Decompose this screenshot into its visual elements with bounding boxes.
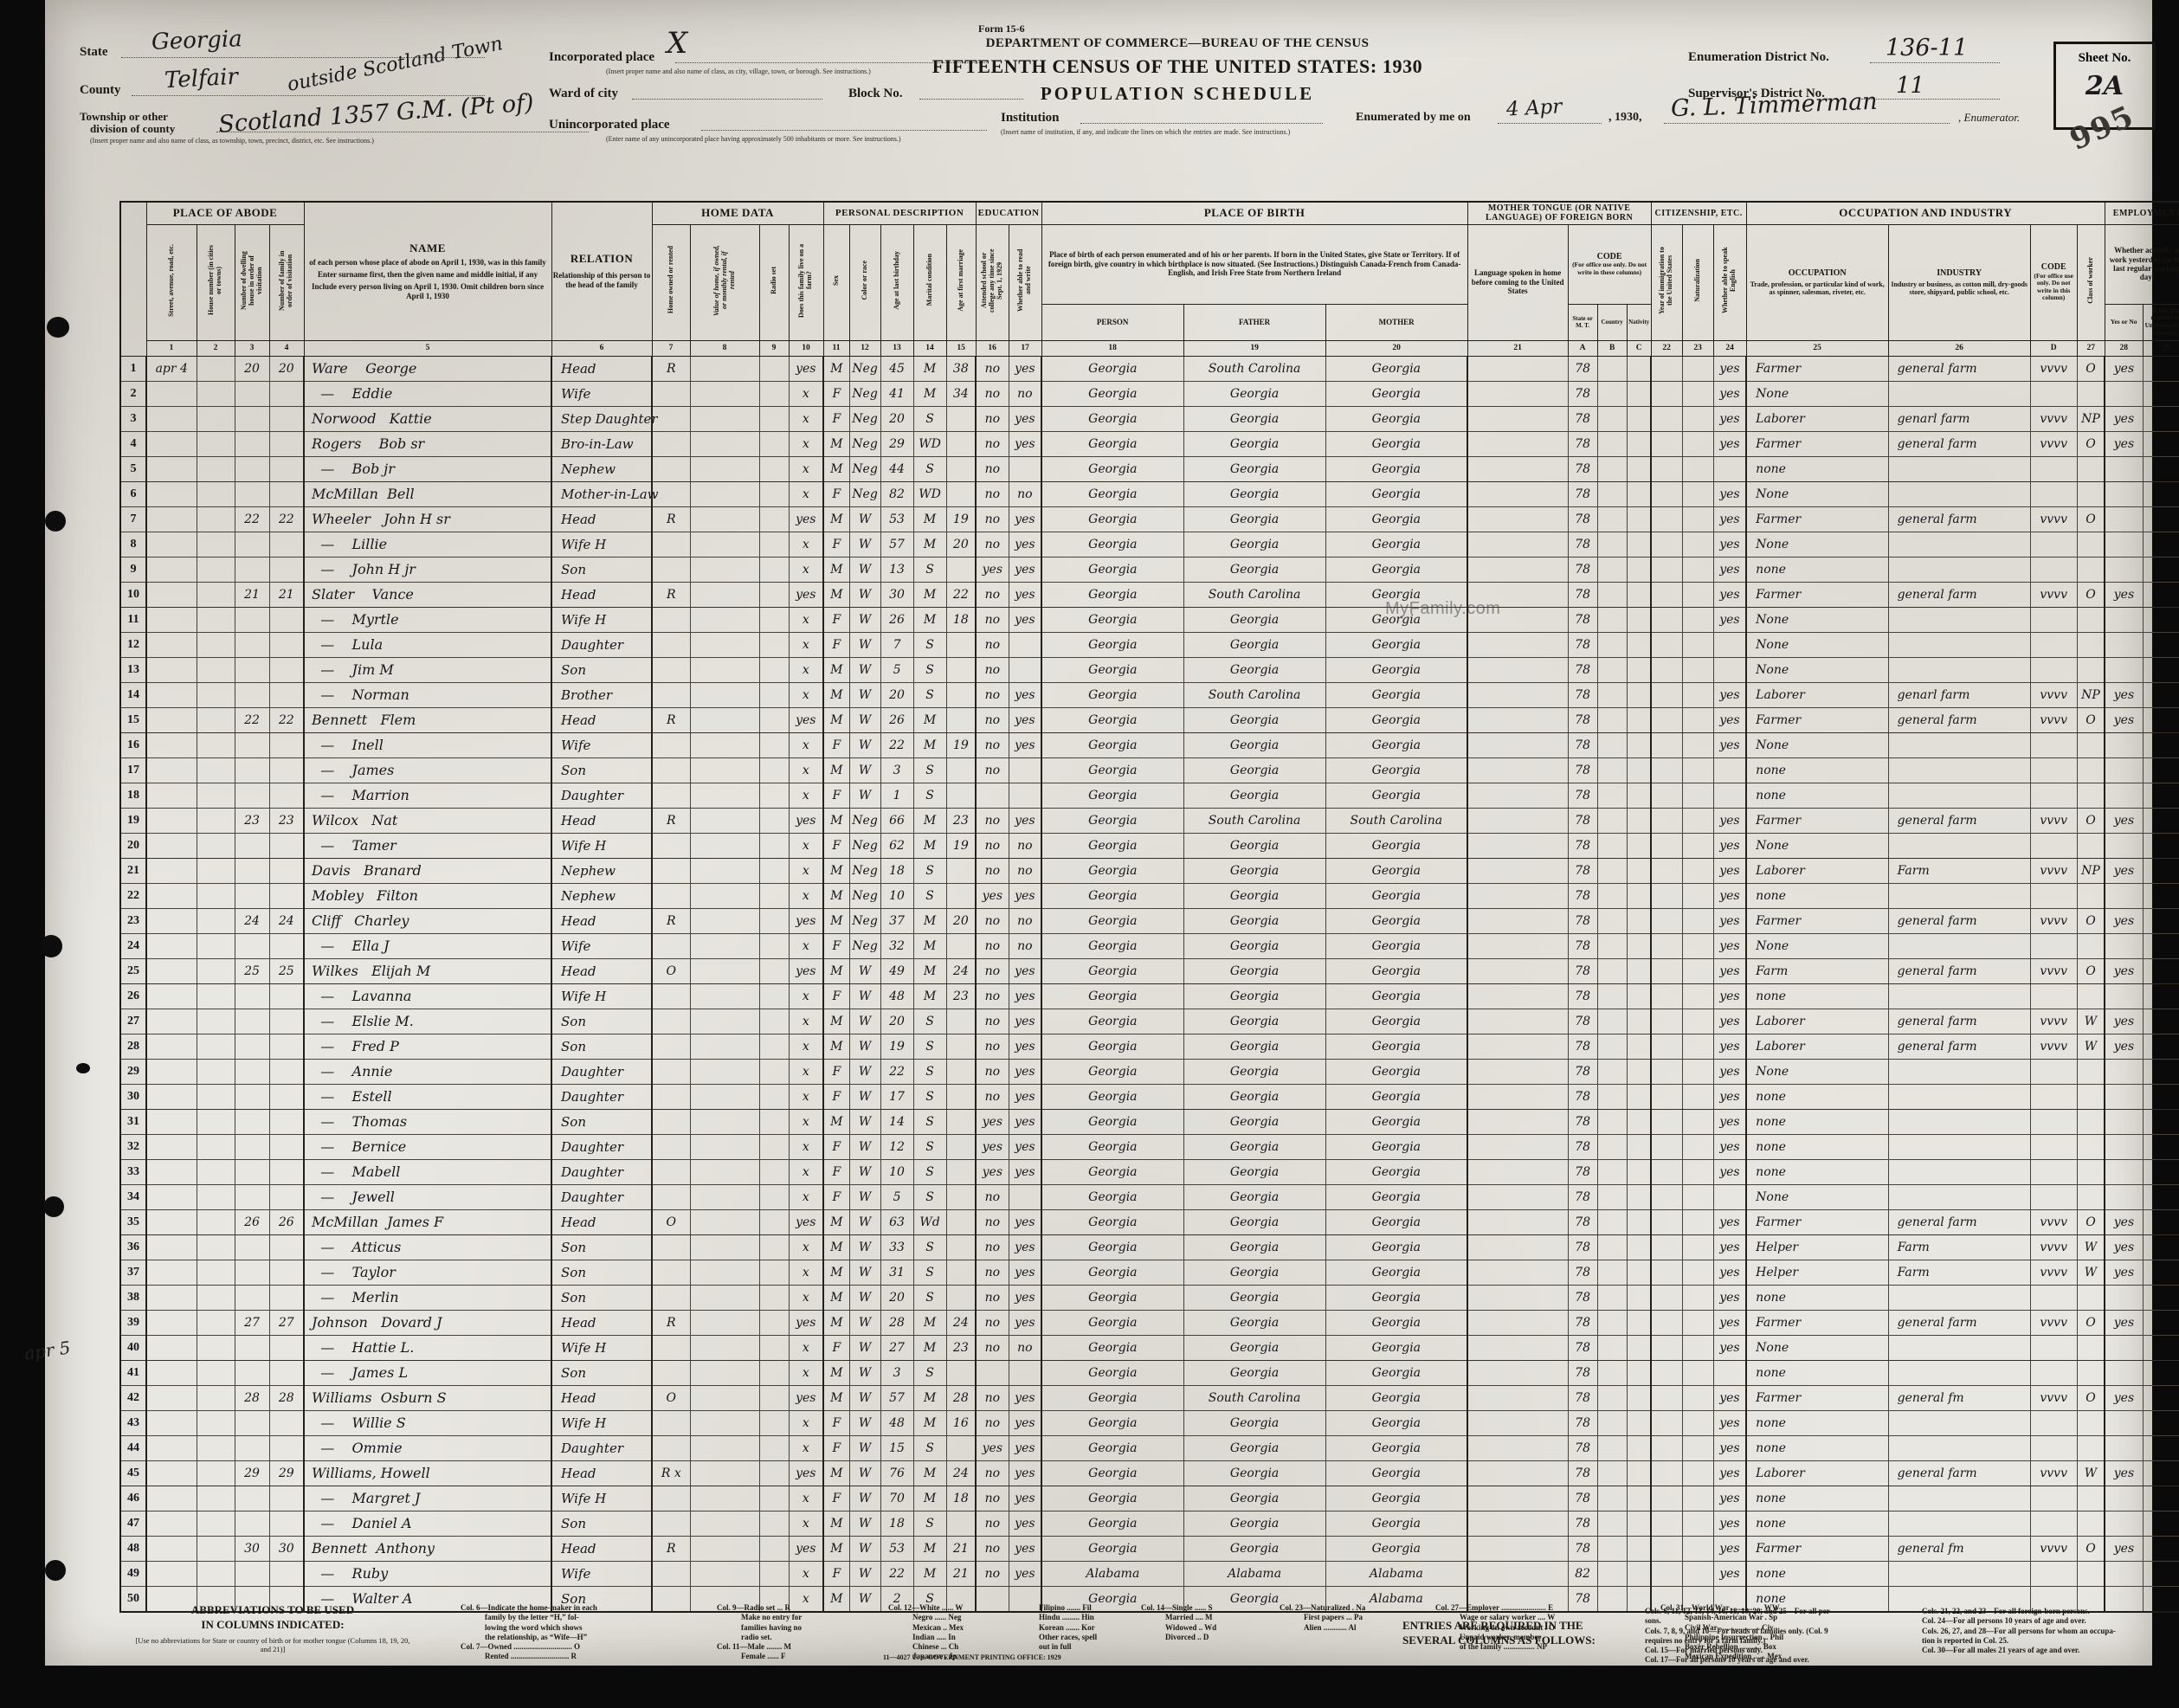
cell-wk: yes (2105, 908, 2143, 933)
cell-wk (2105, 1184, 2143, 1209)
cell-wk (2105, 506, 2143, 532)
cell-dw (235, 1134, 269, 1159)
cell-cd: vvvv (2030, 406, 2077, 431)
cell-ag: 53 (880, 1536, 913, 1561)
cell-bm: Georgia (1325, 582, 1467, 607)
cell-bm: Georgia (1325, 1511, 1467, 1536)
cell-bf: Georgia (1183, 1059, 1325, 1084)
cell-dw (235, 1034, 269, 1059)
cell-oc: None (1746, 833, 1888, 858)
cell-d (146, 1234, 197, 1260)
subcol-mother: MOTHER (1325, 304, 1467, 340)
cell-fm (269, 1034, 304, 1059)
cell-cls: W (2077, 1260, 2105, 1285)
cell-rl: Bro-in-Law (551, 431, 652, 456)
cell-rd (759, 632, 789, 657)
cell-sx: F (823, 1435, 849, 1460)
column-number: 11 (823, 340, 849, 356)
cell-ul (2143, 933, 2179, 958)
census-row: 34 — JewellDaughterxFW5SnoGeorgiaGeorgia… (120, 1184, 2179, 1209)
cell-cc (1627, 858, 1651, 883)
cell-bf: Georgia (1183, 1009, 1325, 1034)
legend-line: Cols. 26, 27, and 28—For all persons for… (1922, 1627, 2164, 1636)
column-number: A (1568, 340, 1597, 356)
enumerated-prefix: Enumerated by me on (1356, 111, 1471, 125)
cell-cls (2077, 1084, 2105, 1109)
cell-dw (235, 607, 269, 632)
line-col-header-left (120, 202, 146, 356)
line-number-left: 44 (120, 1435, 146, 1460)
cell-cc (1627, 908, 1651, 933)
cell-bp: Georgia (1041, 757, 1183, 783)
cell-ca: 78 (1568, 431, 1597, 456)
cell-nt (1682, 1410, 1713, 1435)
cell-ow (652, 732, 690, 757)
cell-fm (269, 732, 304, 757)
cell-lg (1467, 1360, 1568, 1385)
cell-bp: Georgia (1041, 1209, 1183, 1234)
cell-vl (690, 557, 759, 582)
cell-ow (652, 1184, 690, 1209)
cell-en: yes (1713, 506, 1746, 532)
cell-ow (652, 757, 690, 783)
cell-rw: yes (1009, 1134, 1041, 1159)
cell-am: 20 (946, 908, 976, 933)
cell-ag: 19 (880, 1034, 913, 1059)
legend-col6-7: Col. 6—Indicate the home-maker in eachfa… (461, 1603, 694, 1662)
cell-fa: x (789, 1335, 823, 1360)
ed-value-handwriting: 136-11 (1886, 35, 1968, 61)
cell-ow: R x (652, 1460, 690, 1486)
cell-fa: x (789, 1184, 823, 1209)
census-row: 20 — TamerWife HxFNeg62M19nonoGeorgiaGeo… (120, 833, 2179, 858)
cell-bp: Georgia (1041, 1410, 1183, 1435)
cell-rw (1009, 757, 1041, 783)
cell-rd (759, 1059, 789, 1084)
line-number-left: 16 (120, 732, 146, 757)
sheet-label: Sheet No. (2056, 51, 2153, 66)
cell-cd (2030, 933, 2077, 958)
cell-ind (1888, 1561, 2030, 1586)
cell-ow: O (652, 1209, 690, 1234)
cell-cr: W (849, 1084, 880, 1109)
cell-mc: M (913, 1486, 946, 1511)
cell-cc (1627, 808, 1651, 833)
incorporated-value-handwriting: X (667, 26, 687, 61)
cell-cr: W (849, 607, 880, 632)
cell-en: yes (1713, 833, 1746, 858)
cell-bm: Georgia (1325, 908, 1467, 933)
cell-cr: W (849, 1034, 880, 1059)
cell-cd: vvvv (2030, 682, 2077, 707)
cell-yr (1651, 1385, 1682, 1410)
cell-cls (2077, 1410, 2105, 1435)
cell-yr (1651, 808, 1682, 833)
cell-sx: F (823, 1059, 849, 1084)
cell-en: yes (1713, 1460, 1746, 1486)
cell-cls (2077, 757, 2105, 783)
cell-bp: Georgia (1041, 858, 1183, 883)
cell-rd (759, 1410, 789, 1435)
cell-mc: M (913, 532, 946, 557)
cell-mc: M (913, 908, 946, 933)
cell-fm: 29 (269, 1460, 304, 1486)
cell-nt (1682, 1059, 1713, 1084)
cell-nt (1682, 983, 1713, 1009)
cell-bp: Georgia (1041, 1511, 1183, 1536)
cell-lg (1467, 1460, 1568, 1486)
cell-ind (1888, 381, 2030, 406)
cell-en: yes (1713, 1260, 1746, 1285)
cell-bf: Georgia (1183, 557, 1325, 582)
cell-fa: x (789, 883, 823, 908)
cell-fm: 24 (269, 908, 304, 933)
cell-yr (1651, 431, 1682, 456)
cell-sx: F (823, 783, 849, 808)
cell-hn (197, 481, 235, 506)
cell-cd (2030, 1410, 2077, 1435)
cell-ag: 57 (880, 532, 913, 557)
cell-ow (652, 933, 690, 958)
cell-en: yes (1713, 481, 1746, 506)
cell-am: 24 (946, 958, 976, 983)
cell-sc: no (976, 657, 1009, 682)
cell-sc: no (976, 958, 1009, 983)
cell-en: yes (1713, 958, 1746, 983)
cell-wk (2105, 1134, 2143, 1159)
incorporated-label: Incorporated place (549, 50, 654, 65)
cell-yr (1651, 1260, 1682, 1285)
cell-cd (2030, 532, 2077, 557)
cell-lg (1467, 1009, 1568, 1034)
cell-mc: S (913, 1184, 946, 1209)
legend-line: the relationship, as “Wife—H” (461, 1633, 694, 1642)
cell-vl (690, 506, 759, 532)
legend-line: family by the letter “H,” fol- (461, 1613, 694, 1622)
cell-sx: F (823, 607, 849, 632)
column-number: 20 (1325, 340, 1467, 356)
cell-bm: Georgia (1325, 456, 1467, 481)
cell-sc: no (976, 582, 1009, 607)
cell-fm (269, 757, 304, 783)
cell-bp: Georgia (1041, 1435, 1183, 1460)
col-home-owned: Home owned or rented (652, 224, 690, 340)
cell-lg (1467, 381, 1568, 406)
cell-sx: M (823, 582, 849, 607)
cell-wk (2105, 1335, 2143, 1360)
cell-hn (197, 1385, 235, 1410)
cell-nt (1682, 431, 1713, 456)
cell-ind (1888, 1134, 2030, 1159)
cell-nt (1682, 1536, 1713, 1561)
cell-rd (759, 933, 789, 958)
line-number-left: 7 (120, 506, 146, 532)
cell-ind (1888, 757, 2030, 783)
cell-sx: M (823, 808, 849, 833)
cell-cls (2077, 933, 2105, 958)
cell-ind (1888, 1109, 2030, 1134)
cell-oc: Laborer (1746, 682, 1888, 707)
cell-cb (1597, 682, 1627, 707)
cell-ind (1888, 607, 2030, 632)
cell-lg (1467, 1335, 1568, 1360)
line-number-left: 34 (120, 1184, 146, 1209)
population-schedule-table: PLACE OF ABODE NAME of each person whose… (119, 201, 2179, 1613)
cell-mc: M (913, 833, 946, 858)
cell-fm (269, 1260, 304, 1285)
cell-mc: S (913, 783, 946, 808)
cell-bm: Georgia (1325, 1435, 1467, 1460)
cell-bf: Georgia (1183, 406, 1325, 431)
cell-ul (2143, 1486, 2179, 1511)
col-sex: Sex (823, 224, 849, 340)
census-scan-page: { "form": { "form_no": "Form 15-6", "dep… (0, 0, 2179, 1708)
cell-rl: Wife H (551, 1486, 652, 1511)
cell-rl: Head (551, 958, 652, 983)
cell-fa: x (789, 1059, 823, 1084)
legend-line: Divorced .. D (1141, 1633, 1262, 1642)
cell-bf: Alabama (1183, 1561, 1325, 1586)
cell-cls (2077, 1059, 2105, 1084)
cell-bm: Georgia (1325, 1184, 1467, 1209)
institution-label: Institution (1001, 111, 1060, 126)
cell-ul (2143, 582, 2179, 607)
cell-dw: 25 (235, 958, 269, 983)
cell-cr: Neg (849, 883, 880, 908)
cell-rd (759, 732, 789, 757)
cell-am (946, 481, 976, 506)
cell-ind: general farm (1888, 808, 2030, 833)
cell-dw (235, 933, 269, 958)
cell-ow (652, 1410, 690, 1435)
column-number: 27 (2077, 340, 2105, 356)
cell-sc: no (976, 431, 1009, 456)
cell-cd (2030, 1084, 2077, 1109)
cell-cr: W (849, 1209, 880, 1234)
cell-bf: Georgia (1183, 1034, 1325, 1059)
department-line: DEPARTMENT OF COMMERCE—BUREAU OF THE CEN… (857, 36, 1498, 51)
cell-bf: Georgia (1183, 1360, 1325, 1385)
cell-cb (1597, 1209, 1627, 1234)
line-number-left: 37 (120, 1260, 146, 1285)
cell-bm: Georgia (1325, 481, 1467, 506)
cell-rd (759, 1009, 789, 1034)
cell-ul (2143, 657, 2179, 682)
cell-fa: x (789, 757, 823, 783)
cell-ag: 15 (880, 1435, 913, 1460)
cell-cr: W (849, 1385, 880, 1410)
cell-ind (1888, 1511, 2030, 1536)
cell-lg (1467, 1536, 1568, 1561)
line-number-left: 18 (120, 783, 146, 808)
cell-nt (1682, 1009, 1713, 1034)
cell-rl: Son (551, 1034, 652, 1059)
cell-hn (197, 1260, 235, 1285)
cell-sc: no (976, 1260, 1009, 1285)
cell-ul (2143, 1009, 2179, 1034)
line-number-left: 42 (120, 1385, 146, 1410)
cell-rw: yes (1009, 557, 1041, 582)
cell-hn (197, 682, 235, 707)
cell-sx: M (823, 707, 849, 732)
cell-ca: 78 (1568, 707, 1597, 732)
cell-d (146, 607, 197, 632)
cell-nm: — Estell (304, 1084, 551, 1109)
census-row: 37 — TaylorSonxMW31SnoyesGeorgiaGeorgiaG… (120, 1260, 2179, 1285)
cell-cb (1597, 456, 1627, 481)
cell-rd (759, 406, 789, 431)
cell-sc: no (976, 858, 1009, 883)
cell-en: yes (1713, 1486, 1746, 1511)
cell-fa: x (789, 1561, 823, 1586)
cell-lg (1467, 1486, 1568, 1511)
cell-cd (2030, 1184, 2077, 1209)
cell-nm: Ware George (304, 356, 551, 381)
cell-cc (1627, 933, 1651, 958)
cell-oc: None (1746, 632, 1888, 657)
line-number-left: 14 (120, 682, 146, 707)
cell-vl (690, 356, 759, 381)
cell-ind (1888, 1360, 2030, 1385)
cell-cb (1597, 1109, 1627, 1134)
cell-fa: yes (789, 1209, 823, 1234)
punch-hole (40, 935, 62, 957)
cell-cd: vvvv (2030, 707, 2077, 732)
cell-sx: M (823, 1109, 849, 1134)
cell-sc: no (976, 381, 1009, 406)
cell-rw: yes (1009, 1435, 1041, 1460)
cell-en: yes (1713, 1034, 1746, 1059)
cell-fm: 28 (269, 1385, 304, 1410)
cell-cc (1627, 1260, 1651, 1285)
census-row: 3Norwood KattieStep DaughterxFNeg20Snoye… (120, 406, 2179, 431)
cell-yr (1651, 582, 1682, 607)
census-row: 102121Slater VanceHeadRyesMW30M22noyesGe… (120, 582, 2179, 607)
census-row: 452929Williams, HowellHeadR xyesMW76M24n… (120, 1460, 2179, 1486)
line-number-left: 30 (120, 1084, 146, 1109)
cell-rl: Head (551, 506, 652, 532)
cell-ind (1888, 933, 2030, 958)
cell-bf: Georgia (1183, 1435, 1325, 1460)
cell-ind: Farm (1888, 858, 2030, 883)
cell-ul (2143, 406, 2179, 431)
cell-rd (759, 1184, 789, 1209)
legend-line: Other races, spell (1015, 1633, 1127, 1642)
cell-cr: W (849, 1511, 880, 1536)
cell-am (946, 406, 976, 431)
cell-ow (652, 1285, 690, 1310)
cell-d (146, 406, 197, 431)
cell-am: 18 (946, 607, 976, 632)
entries-list-1: Cols. 6, 11, 12, 13, 14, 16, 18, 19, 20,… (1645, 1607, 1905, 1666)
cell-ca: 78 (1568, 732, 1597, 757)
cell-cr: W (849, 1009, 880, 1034)
cell-cc (1627, 1184, 1651, 1209)
cell-en: yes (1713, 557, 1746, 582)
unincorporated-label: Unincorporated place (549, 118, 670, 132)
cell-d (146, 808, 197, 833)
cell-bp: Georgia (1041, 983, 1183, 1009)
cell-lg (1467, 1209, 1568, 1234)
cell-bf: Georgia (1183, 1511, 1325, 1536)
line-number-left: 19 (120, 808, 146, 833)
cell-am: 23 (946, 808, 976, 833)
cell-yr (1651, 456, 1682, 481)
cell-cb (1597, 431, 1627, 456)
column-number: 21 (1467, 340, 1568, 356)
cell-rw (1009, 632, 1041, 657)
cell-fa: yes (789, 356, 823, 381)
cell-cls (2077, 1109, 2105, 1134)
ink-blot (76, 1063, 90, 1073)
cell-dw (235, 1260, 269, 1285)
cell-nm: McMillan Bell (304, 481, 551, 506)
column-number: 25 (1746, 340, 1888, 356)
cell-hn (197, 933, 235, 958)
cell-en: yes (1713, 431, 1746, 456)
cell-sx: F (823, 833, 849, 858)
group-education: EDUCATION (976, 202, 1041, 224)
cell-bf: South Carolina (1183, 582, 1325, 607)
cell-ind: general fm (1888, 1385, 2030, 1410)
cell-ul (2143, 607, 2179, 632)
cell-yr (1651, 557, 1682, 582)
line-number-left: 41 (120, 1360, 146, 1385)
cell-rl: Brother (551, 682, 652, 707)
cell-fa: yes (789, 908, 823, 933)
cell-rd (759, 833, 789, 858)
cell-am (946, 1059, 976, 1084)
cell-fa: x (789, 431, 823, 456)
cell-nt (1682, 958, 1713, 983)
cell-bm: Georgia (1325, 506, 1467, 532)
cell-am (946, 1184, 976, 1209)
column-number: 16 (976, 340, 1009, 356)
cell-cd (2030, 632, 2077, 657)
cell-bm: Georgia (1325, 1134, 1467, 1159)
line-number-left: 28 (120, 1034, 146, 1059)
cell-ind (1888, 983, 2030, 1009)
legend-line: radio set. (717, 1633, 855, 1642)
cell-lg (1467, 808, 1568, 833)
cell-am (946, 707, 976, 732)
cell-wk (2105, 833, 2143, 858)
cell-cd: vvvv (2030, 506, 2077, 532)
census-row: 12 — LulaDaughterxFW7SnoGeorgiaGeorgiaGe… (120, 632, 2179, 657)
cell-hn (197, 833, 235, 858)
cell-rl: Daughter (551, 1084, 652, 1109)
cell-sc: no (976, 808, 1009, 833)
cell-sx: F (823, 632, 849, 657)
cell-en: yes (1713, 1009, 1746, 1034)
legend-line: Col. 30—For all males 21 years of age an… (1922, 1646, 2164, 1655)
cell-cr: Neg (849, 406, 880, 431)
census-row: 17 — JamesSonxMW3SnoGeorgiaGeorgiaGeorgi… (120, 757, 2179, 783)
cell-cls (2077, 1134, 2105, 1159)
cell-hn (197, 1511, 235, 1536)
cell-rw (1009, 1360, 1041, 1385)
census-row: 24 — Ella JWifexFNeg32MnonoGeorgiaGeorgi… (120, 933, 2179, 958)
cell-cb (1597, 1360, 1627, 1385)
cell-rl: Son (551, 1109, 652, 1134)
cell-rd (759, 1435, 789, 1460)
cell-ca: 78 (1568, 607, 1597, 632)
cell-ind (1888, 732, 2030, 757)
cell-wk (2105, 481, 2143, 506)
cell-bp: Georgia (1041, 632, 1183, 657)
cell-fm (269, 1009, 304, 1034)
cell-en: yes (1713, 582, 1746, 607)
